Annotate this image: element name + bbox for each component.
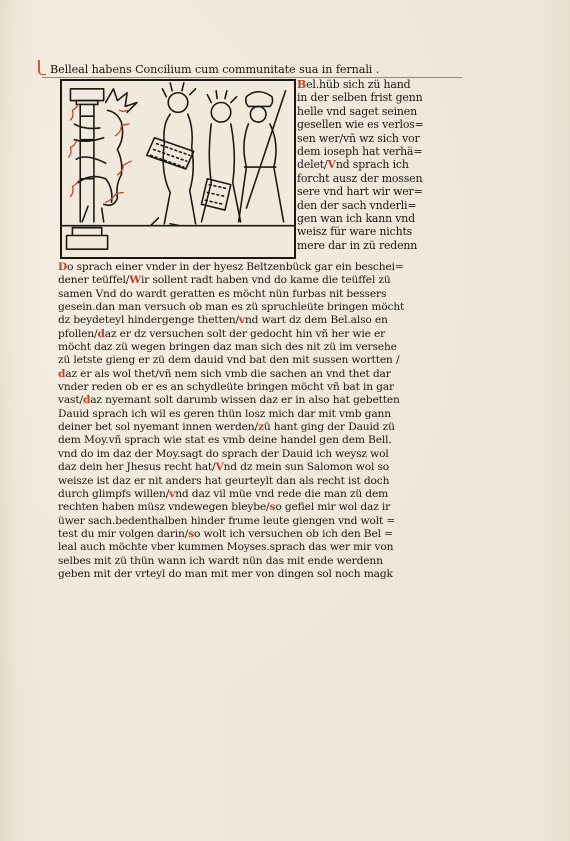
woodcut-devils-icon xyxy=(62,81,294,257)
text-column-full-width: Do sprach einer vnder in der hyesz Beltz… xyxy=(58,260,468,580)
text-line: möcht daz zü wegen bringen daz man sich … xyxy=(58,340,468,353)
text-line: gen wan ich kann vnd xyxy=(297,212,465,225)
text-line: leal auch möchte vber kummen Moyses.spra… xyxy=(58,540,468,553)
text-line: rechten haben müsz vndewegen bleybe/so g… xyxy=(58,500,468,513)
text-line: geben mit der vrteyl do man mit mer von … xyxy=(58,567,468,580)
text-line: dem ioseph hat verhä= xyxy=(297,145,465,158)
text-line: samen Vnd do wardt geratten es möcht nün… xyxy=(58,287,468,300)
text-line: weisz für ware nichts xyxy=(297,225,465,238)
woodcut-illustration xyxy=(60,79,296,259)
text-line: dz beydeteyl hindergenge thetten/vnd war… xyxy=(58,313,468,326)
text-line: gesellen wie es verlos= xyxy=(297,118,465,131)
text-line: pfollen/daz er dz versuchen solt der ged… xyxy=(58,327,468,340)
paragraph-mark-icon xyxy=(38,60,46,75)
rubricated-initial: V xyxy=(328,158,336,171)
text-line: den der sach vnderli= xyxy=(297,199,465,212)
text-line: daz er als wol thet/vñ nem sich vmb die … xyxy=(58,367,468,380)
text-line: Bel.hüb sich zü hand xyxy=(297,78,465,91)
text-line: weisze ist daz er nit anders hat geurtey… xyxy=(58,474,468,487)
rubricated-initial: D xyxy=(58,260,67,273)
text-line: Dauid sprach ich wil es geren thün losz … xyxy=(58,407,468,420)
heading-text: Belleal habens Concilium cum communitate… xyxy=(50,63,379,76)
text-line: Do sprach einer vnder in der hyesz Beltz… xyxy=(58,260,468,273)
text-line: dem Moy.vñ sprach wie stat es vmb deine … xyxy=(58,433,468,446)
text-line: delet/Vnd sprach ich xyxy=(297,158,465,171)
rubricated-initial: B xyxy=(297,78,306,91)
text-line: dener teüffel/Wir sollent radt haben vnd… xyxy=(58,273,468,286)
text-line: vnd do im daz der Moy.sagt do sprach der… xyxy=(58,447,468,460)
text-line: test du mir volgen darin/so wolt ich ver… xyxy=(58,527,468,540)
text-line: daz dein her Jhesus recht hat/Vnd dz mei… xyxy=(58,460,468,473)
text-line: mere dar in zü redenn xyxy=(297,239,465,252)
text-line: helle vnd saget seinen xyxy=(297,105,465,118)
rubricated-initial: V xyxy=(216,460,224,473)
text-line: üwer sach.bedenthalben hinder frume leut… xyxy=(58,514,468,527)
book-page: Belleal habens Concilium cum communitate… xyxy=(0,0,570,841)
text-line: zü letste gieng er zü dem dauid vnd bat … xyxy=(58,353,468,366)
text-line: sen wer/vñ wz sich vor xyxy=(297,132,465,145)
text-line: in der selben frist genn xyxy=(297,91,465,104)
rubricated-initial: W xyxy=(129,273,141,286)
text-line: forcht ausz der mossen xyxy=(297,172,465,185)
text-column-beside-woodcut: Bel.hüb sich zü hand in der selben frist… xyxy=(297,78,465,252)
text-line: deiner bet sol nyemant innen werden/zü h… xyxy=(58,420,468,433)
text-line: durch glimpfs willen/vnd daz vil müe vnd… xyxy=(58,487,468,500)
text-line: vast/daz nyemant solt darumb wissen daz … xyxy=(58,393,468,406)
text-line: vnder reden ob er es an schydleüte bring… xyxy=(58,380,468,393)
rubricated-initial: d xyxy=(98,327,105,340)
text-line: gesein.dan man versuch ob man es zü spru… xyxy=(58,300,468,313)
text-line: sere vnd hart wir wer= xyxy=(297,185,465,198)
text-line: selbes mit zü thün wann ich wardt nün da… xyxy=(58,554,468,567)
